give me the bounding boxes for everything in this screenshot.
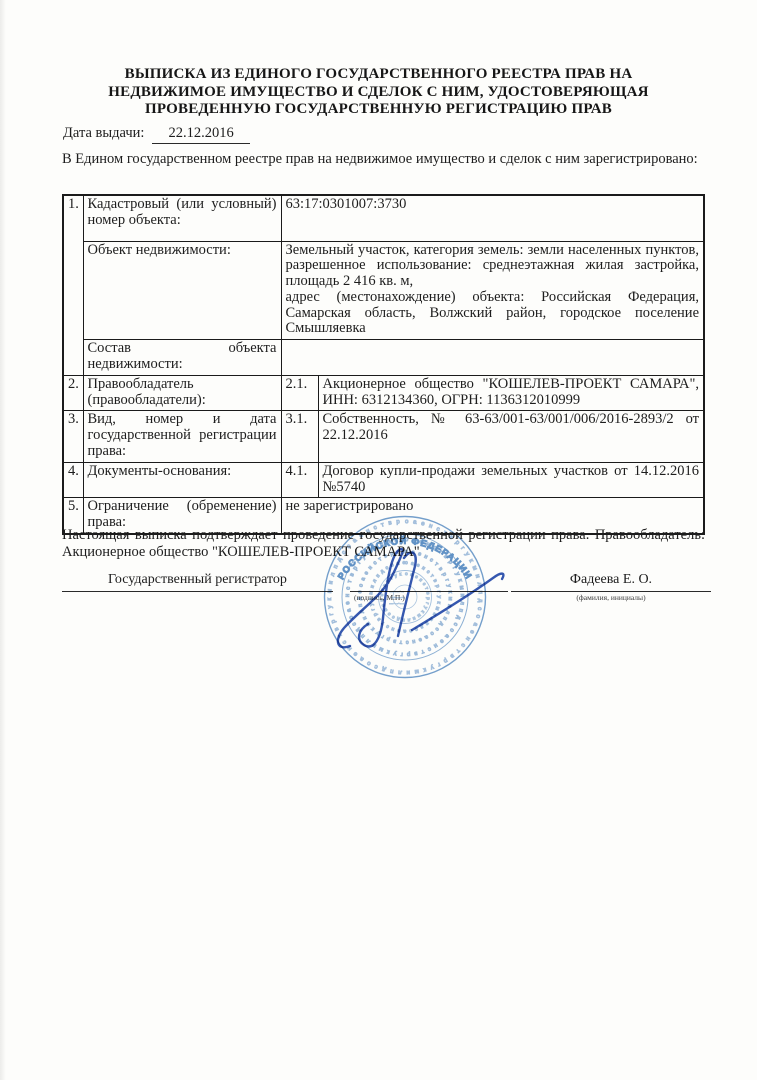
row-label: Вид, номер и дата государственной регист…	[83, 411, 281, 462]
issue-date-line: Дата выдачи:22.12.2016	[63, 125, 250, 144]
row-label: Кадастровый (или условный) номер объекта…	[83, 195, 281, 241]
row-number: 2.	[63, 375, 83, 411]
name-caption: (фамилия, инициалы)	[511, 593, 711, 602]
registrar-label: Государственный регистратор	[108, 572, 287, 587]
row-number: 4.	[63, 462, 83, 498]
intro-paragraph: В Едином государственном реестре прав на…	[62, 151, 705, 168]
table-row: Состав объекта недвижимости:	[63, 340, 704, 376]
table-row: 4.Документы-основания:4.1.Договор купли-…	[63, 462, 704, 498]
row-value: Договор купли-продажи земельных участков…	[318, 462, 704, 498]
table-row: 2.Правообладатель (правообладатели):2.1.…	[63, 375, 704, 411]
issue-date-label: Дата выдачи:	[63, 125, 144, 141]
registrar-name-line: Фадеева Е. О.	[511, 572, 711, 592]
row-value: Собственность, № 63-63/001-63/001/006/20…	[318, 411, 704, 462]
document-title: ВЫПИСКА ИЗ ЕДИНОГО ГОСУДАРСТВЕННОГО РЕЕС…	[87, 66, 671, 119]
row-value: Земельный участок, категория земель: зем…	[281, 241, 704, 340]
row-label: Документы-основания:	[83, 462, 281, 498]
row-subnumber: 2.1.	[281, 375, 318, 411]
issue-date-value: 22.12.2016	[152, 125, 249, 144]
handwritten-signature-icon	[320, 538, 540, 670]
registrar-name: Фадеева Е. О.	[570, 572, 652, 587]
row-label: Состав объекта недвижимости:	[83, 340, 281, 376]
row-number: 3.	[63, 411, 83, 462]
row-value: 63:17:0301007:3730	[281, 195, 704, 241]
table-row: Объект недвижимости:Земельный участок, к…	[63, 241, 704, 340]
row-subnumber: 4.1.	[281, 462, 318, 498]
row-label: Правообладатель (правообладатели):	[83, 375, 281, 411]
row-number: 1.	[63, 195, 83, 375]
registration-table: 1.Кадастровый (или условный) номер объек…	[62, 194, 705, 535]
row-label: Объект недвижимости:	[83, 241, 281, 340]
scanned-document-page: ВЫПИСКА ИЗ ЕДИНОГО ГОСУДАРСТВЕННОГО РЕЕС…	[0, 0, 757, 1080]
table-row: 3.Вид, номер и дата государственной реги…	[63, 411, 704, 462]
row-value: Акционерное общество "КОШЕЛЕВ-ПРОЕКТ САМ…	[318, 375, 704, 411]
row-value	[281, 340, 704, 376]
row-subnumber: 3.1.	[281, 411, 318, 462]
table-row: 1.Кадастровый (или условный) номер объек…	[63, 195, 704, 241]
registrar-signature-line: Государственный регистратор	[62, 572, 333, 592]
